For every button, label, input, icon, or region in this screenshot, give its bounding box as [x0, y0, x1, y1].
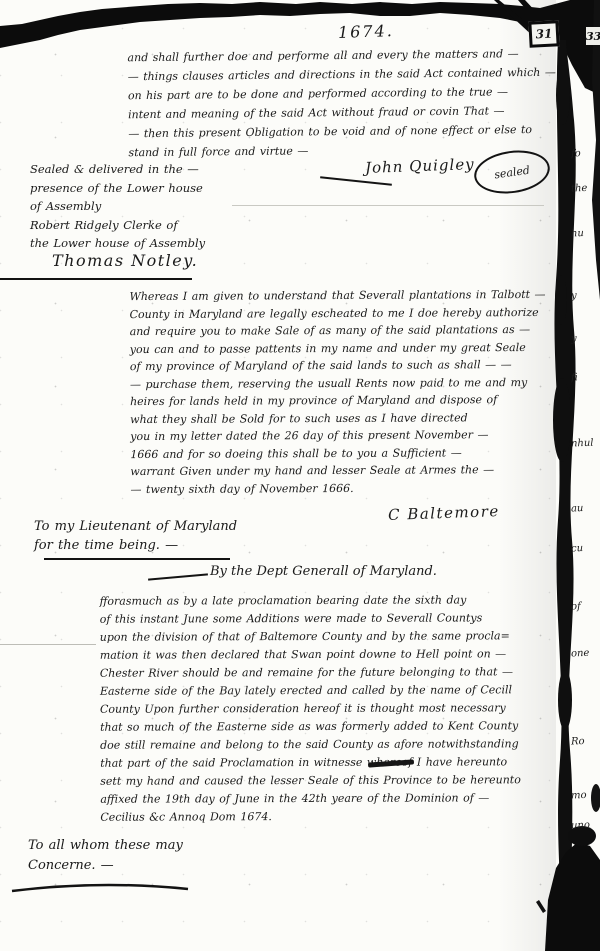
gutter-text-fragment: one — [571, 648, 599, 660]
ink-blob — [558, 670, 572, 730]
gutter-text-fragment: the — [571, 183, 599, 195]
gutter-text-fragment: fo — [571, 148, 599, 160]
bottom-right-ink-blot — [545, 842, 600, 951]
gutter-text-fragment: au — [571, 503, 599, 515]
adjacent-page-number: 33 — [586, 27, 600, 45]
year-heading: 1674. — [338, 21, 394, 42]
quigley-signature: John Quigley — [365, 155, 475, 177]
ink-blob — [553, 378, 571, 462]
gutter-text-fragment: cu — [571, 543, 599, 555]
manuscript-page: 1674. 31 33 and shall further doe and pe… — [0, 0, 600, 951]
gutter-text-fragment: mo — [571, 790, 599, 802]
concerne-address: To all whom these may Concerne. — — [28, 836, 183, 876]
faint-scan-line — [232, 205, 544, 206]
obligation-clause-paragraph: and shall further doe and performe all a… — [127, 44, 556, 162]
gutter-text-fragment: nhul — [571, 438, 599, 450]
page-number-badge: 31 — [528, 20, 559, 48]
section-divider-rule — [0, 278, 192, 280]
notley-signature: Thomas Notley. — [52, 251, 198, 270]
stray-ink-mark — [536, 900, 546, 913]
warrant-paragraph: Whereas I am given to understand that Se… — [129, 286, 546, 498]
section-divider-rule — [44, 558, 230, 560]
lieutenant-address: To my Lieutenant of Maryland for the tim… — [34, 517, 237, 555]
attestation-margin-note: Sealed & delivered in the — presence of … — [30, 160, 205, 253]
faint-scan-line — [0, 644, 96, 645]
gutter-text-fragment: uno — [571, 820, 599, 832]
underline-flourish — [12, 885, 188, 891]
seal-label: sealed — [493, 163, 530, 181]
gutter-text-fragment: hu — [571, 228, 599, 240]
gutter-text-fragment: of — [571, 601, 599, 613]
binding-gutter-band — [554, 40, 575, 951]
ink-blob — [555, 275, 567, 325]
deputy-generall-heading: By the Dept Generall of Maryland. — [210, 564, 437, 579]
gutter-text-fragment: fi — [571, 372, 599, 384]
gutter-text-fragment: y — [571, 333, 599, 345]
gutter-text-fragment: Ro — [571, 736, 599, 748]
ink-blob — [556, 65, 570, 125]
gutter-text-fragment: y — [571, 290, 599, 302]
proclamation-paragraph: fforasmuch as by a late proclamation bea… — [100, 591, 521, 826]
